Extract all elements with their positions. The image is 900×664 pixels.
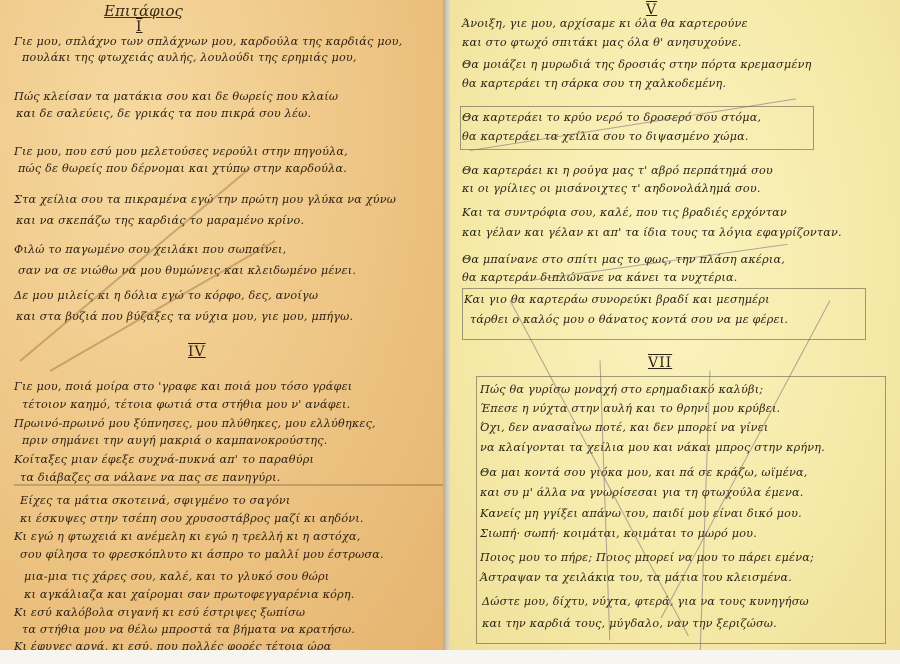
verse-line: και δε σαλεύεις, δε γρικάς τα που πικρά …: [16, 107, 311, 120]
verse-line: Θα μπαίνανε στο σπίτι μας το φως, την πλ…: [462, 253, 785, 266]
verse-line: Γιε μου, σπλάχνο των σπλάχνων μου, καρδο…: [14, 35, 402, 48]
verse-line: Κοίταξες μιαν έφεξε συχνά-πυκνά απ' το π…: [14, 453, 314, 466]
verse-line: πριν σημάνει την αυγή μακριά ο καμπανοκρ…: [22, 434, 327, 447]
verse-line: Γιε μου, που εσύ μου μελετούσες νερούλι …: [14, 145, 348, 158]
verse-line: θα καρτεράν διπλώνανε να κάνει τα νυχτέρ…: [462, 271, 738, 284]
pencil-stroke: [14, 484, 444, 486]
verse-line: κι έσκυψες στην τσέπη σου χρυσοστάβρος μ…: [20, 512, 364, 525]
pencil-box: [476, 376, 886, 644]
manuscript-title: Επιτάφιος: [104, 2, 183, 20]
verse-line: θα καρτεράει τη σάρκα σου τη χαλκοδεμένη…: [462, 77, 726, 90]
section-numeral: V: [646, 2, 657, 18]
verse-line: τα διάβαζες σα νάλανε να πας σε πανηγύρι…: [20, 471, 280, 484]
verse-line: τέτοιον καημό, τέτοια φωτιά στα στήθια μ…: [22, 398, 350, 411]
verse-line: κι οι γρίλιες οι μισάνοιχτες τ' αηδονολά…: [462, 182, 761, 195]
verse-line: κι αγκάλιαζα και χαίρομαι σαν πρωτοφεγγα…: [24, 588, 355, 601]
verse-line: Πρωινό-πρωινό μου ξύπνησες, μου πλύθηκες…: [14, 417, 376, 430]
verse-line: Κι εσύ καλόβολα σιγανή κι εσύ έστριψες ξ…: [14, 606, 305, 619]
verse-line: Θα καρτεράει κι η ρούγα μας τ' αβρό περπ…: [462, 164, 773, 177]
verse-line: πώς δε θωρείς που δέρνομαι και χτύπω στη…: [18, 162, 347, 175]
section-numeral: IV: [188, 344, 206, 360]
verse-line: Είχες τα μάτια σκοτεινά, σφιγμένο το σαγ…: [20, 494, 291, 507]
verse-line: και γέλαν και γέλαν κι απ' τα ίδια τους …: [462, 226, 842, 239]
pencil-box: [462, 288, 866, 340]
verse-line: τα στήθια μου να θέλω μπροστά τα βήματα …: [22, 623, 355, 636]
verse-line: Και τα συντρόφια σου, καλέ, που τις βραδ…: [462, 206, 787, 219]
verse-line: Πώς κλείσαν τα ματάκια σου και δε θωρείς…: [14, 90, 338, 103]
section-numeral: I: [136, 19, 143, 35]
verse-line: Δε μου μιλείς κι η δόλια εγώ το κόρφο, δ…: [14, 289, 318, 302]
verse-line: και στο φτωχό σπιτάκι μας όλα θ' ανησυχο…: [462, 36, 742, 49]
verse-line: Θα μοιάζει η μυρωδιά της δροσιάς στην πό…: [462, 58, 811, 71]
section-numeral: VII: [648, 355, 672, 371]
verse-line: Άνοιξη, γιε μου, αρχίσαμε κι όλα θα καρτ…: [462, 17, 748, 30]
verse-line: σου φίλησα το φρεσκόπλυτο κι άσπρο το μα…: [20, 548, 384, 561]
verse-line: Κι εγώ η φτωχειά κι ανέμελη κι εγώ η τρε…: [14, 530, 360, 543]
page-bottom-margin: [0, 650, 900, 664]
manuscript-left-page: Επιτάφιος I Γιε μου, σπλάχνο των σπλάχνω…: [0, 0, 445, 650]
verse-line: σαν να σε νιώθω να μου θυμώνεις και κλει…: [18, 264, 356, 277]
verse-line: πουλάκι της φτωχειάς αυλής, λουλούδι της…: [22, 51, 357, 64]
verse-line: Γιε μου, ποιά μοίρα στο 'γραφε και ποιά …: [14, 380, 352, 393]
verse-line: και να σκεπάζω της καρδιάς το μαραμένο κ…: [16, 214, 304, 227]
manuscript-right-page: V Άνοιξη, γιε μου, αρχίσαμε κι όλα θα κα…: [450, 0, 900, 650]
verse-line: μια-μια τις χάρες σου, καλέ, και το γλυκ…: [24, 570, 329, 583]
